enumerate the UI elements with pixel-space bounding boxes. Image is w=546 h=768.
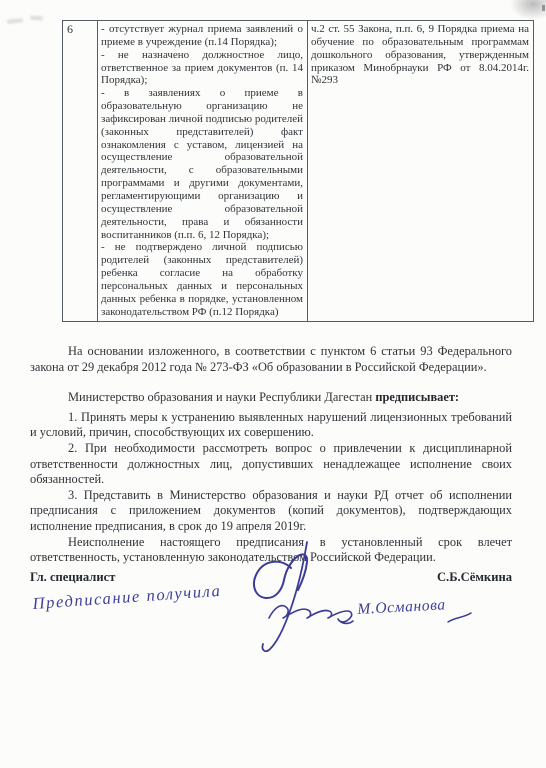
signature-row: Гл. специалист С.Б.Сёмкина [30, 570, 512, 586]
scan-artifact-speck [542, 5, 545, 11]
table-row: 6 - отсутствует журнал приема заявлений … [63, 21, 534, 322]
order-item-2: 2. При необходимости рассмотреть вопрос … [30, 441, 512, 488]
signer-position-title: Гл. специалист [30, 570, 115, 586]
handwritten-signer-name: М.Османова [357, 596, 446, 619]
legal-basis-cell: ч.2 ст. 55 Закона, п.п. 6, 9 Порядка при… [308, 21, 534, 322]
violations-cell: - отсутствует журнал приема заявлений о … [98, 21, 308, 322]
intro-paragraph: На основании изложенного, в соответствии… [30, 344, 512, 375]
orders-list: 1. Принять меры к устранению выявленных … [30, 410, 512, 566]
signature-stroke-scribble [269, 606, 353, 624]
signature-stroke-swash [448, 613, 471, 622]
order-item-1: 1. Принять меры к устранению выявленных … [30, 410, 512, 441]
closing-paragraph: Неисполнение настоящего предписания в ус… [30, 535, 512, 566]
row-number-cell: 6 [63, 21, 98, 322]
violation-item: - не назначено должностное лицо, ответст… [101, 49, 303, 88]
ministry-line: Министерство образования и науки Республ… [30, 390, 512, 406]
violation-item: - в заявлениях о приеме в образовательну… [101, 87, 303, 241]
scan-artifact-smudge [7, 18, 23, 24]
handwritten-receipt-note: Предписание получила [32, 581, 222, 614]
scan-artifact-smudge [30, 16, 43, 21]
ministry-directive-word: предписывает: [375, 390, 459, 404]
violation-item: - отсутствует журнал приема заявлений о … [101, 23, 303, 49]
violations-table: 6 - отсутствует журнал приема заявлений … [62, 20, 534, 322]
scan-artifact-corner-shade [510, 0, 546, 20]
scanned-document-page: 6 - отсутствует журнал приема заявлений … [0, 0, 546, 768]
signer-name: С.Б.Сёмкина [437, 570, 512, 586]
order-item-3: 3. Представить в Министерство образовани… [30, 488, 512, 535]
document-body: На основании изложенного, в соответствии… [30, 344, 512, 585]
violation-item: - не подтверждено личной подписью родите… [101, 241, 303, 318]
ministry-text: Министерство образования и науки Республ… [68, 390, 375, 404]
